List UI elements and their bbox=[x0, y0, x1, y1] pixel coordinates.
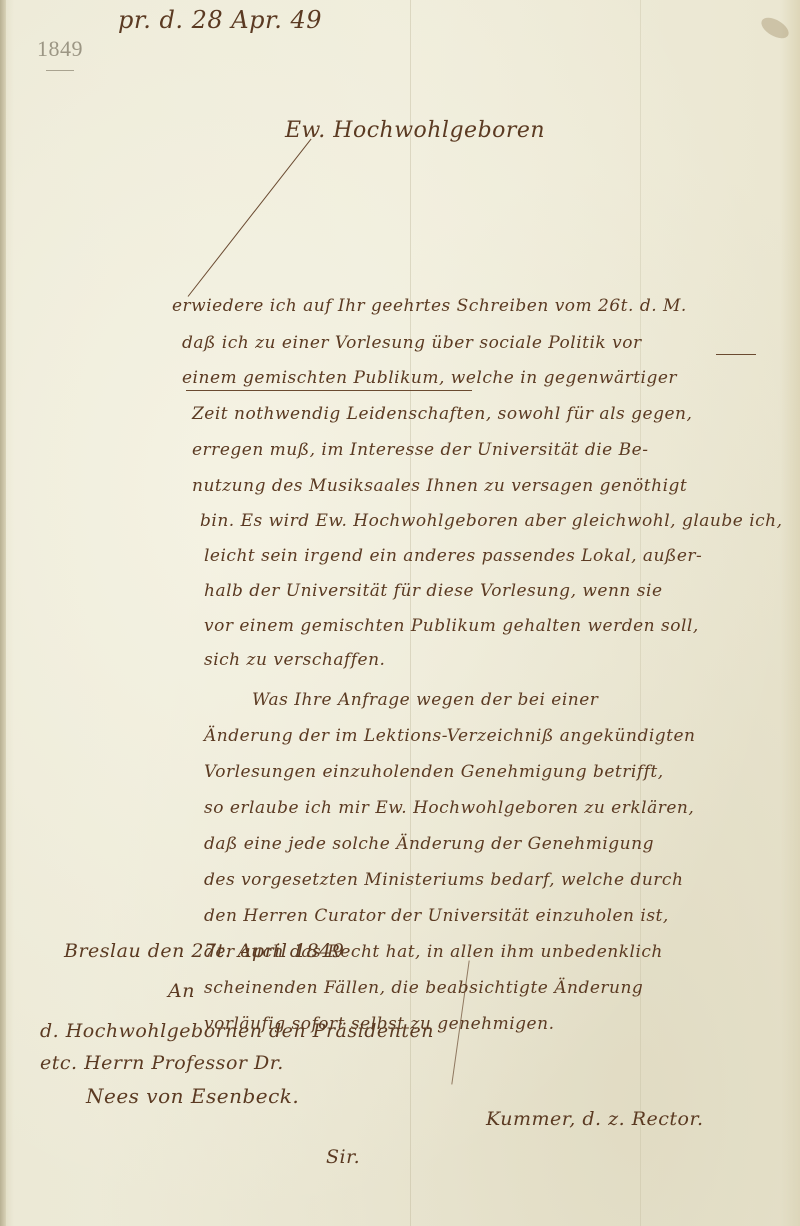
paper-left-edge bbox=[0, 0, 6, 1226]
fold-crease bbox=[410, 0, 411, 1226]
underline-mark bbox=[716, 354, 756, 355]
paper-sheet bbox=[0, 0, 800, 1226]
fold-crease-2 bbox=[640, 0, 641, 1226]
body-line: den Herren Curator der Universität einzu… bbox=[204, 906, 669, 926]
underline-mark bbox=[186, 390, 472, 391]
body-line: daß ich zu einer Vorlesung über sociale … bbox=[182, 333, 642, 353]
addressee-line: etc. Herrn Professor Dr. bbox=[40, 1052, 284, 1074]
body-line: daß eine jede solche Änderung der Genehm… bbox=[204, 834, 654, 854]
receipt-note: pr. d. 28 Apr. 49 bbox=[118, 6, 322, 34]
body-line: Vorlesungen einzuholenden Genehmigung be… bbox=[204, 762, 664, 782]
body-line: erwiedere ich auf Ihr geehrtes Schreiben… bbox=[172, 296, 687, 316]
body-line: Was Ihre Anfrage wegen der bei einer bbox=[252, 690, 598, 710]
to-label: An bbox=[168, 980, 195, 1002]
body-line: bin. Es wird Ew. Hochwohlgeboren aber gl… bbox=[200, 511, 783, 531]
body-line: leicht sein irgend ein anderes passendes… bbox=[204, 546, 702, 566]
body-line: scheinenden Fällen, die beabsichtigte Än… bbox=[204, 978, 643, 998]
salutation: Ew. Hochwohlgeboren bbox=[285, 118, 545, 143]
body-line: vor einem gemischten Publikum gehalten w… bbox=[204, 616, 699, 636]
body-line: erregen muß, im Interesse der Universitä… bbox=[192, 440, 648, 460]
body-line: nutzung des Musiksaales Ihnen zu versage… bbox=[192, 476, 687, 496]
body-line: so erlaube ich mir Ew. Hochwohlgeboren z… bbox=[204, 798, 694, 818]
place-date: Breslau den 27t. April 1849 bbox=[64, 940, 344, 962]
initials: Sir. bbox=[326, 1146, 360, 1168]
addressee-line: d. Hochwohlgebornen den Präsidenten bbox=[40, 1020, 434, 1042]
archive-year-pencil: 1849 bbox=[37, 36, 83, 62]
body-line: einem gemischten Publikum, welche in geg… bbox=[182, 368, 677, 388]
pencil-underline bbox=[46, 70, 74, 71]
body-line: des vorgesetzten Ministeriums bedarf, we… bbox=[204, 870, 683, 890]
body-line: sich zu verschaffen. bbox=[204, 650, 385, 670]
body-line: Änderung der im Lektions-Verzeichniß ang… bbox=[204, 726, 696, 746]
signature: Kummer, d. z. Rector. bbox=[486, 1108, 704, 1130]
body-line: halb der Universität für diese Vorlesung… bbox=[204, 581, 663, 601]
addressee-name: Nees von Esenbeck. bbox=[86, 1084, 299, 1108]
body-line: Zeit nothwendig Leidenschaften, sowohl f… bbox=[192, 404, 692, 424]
